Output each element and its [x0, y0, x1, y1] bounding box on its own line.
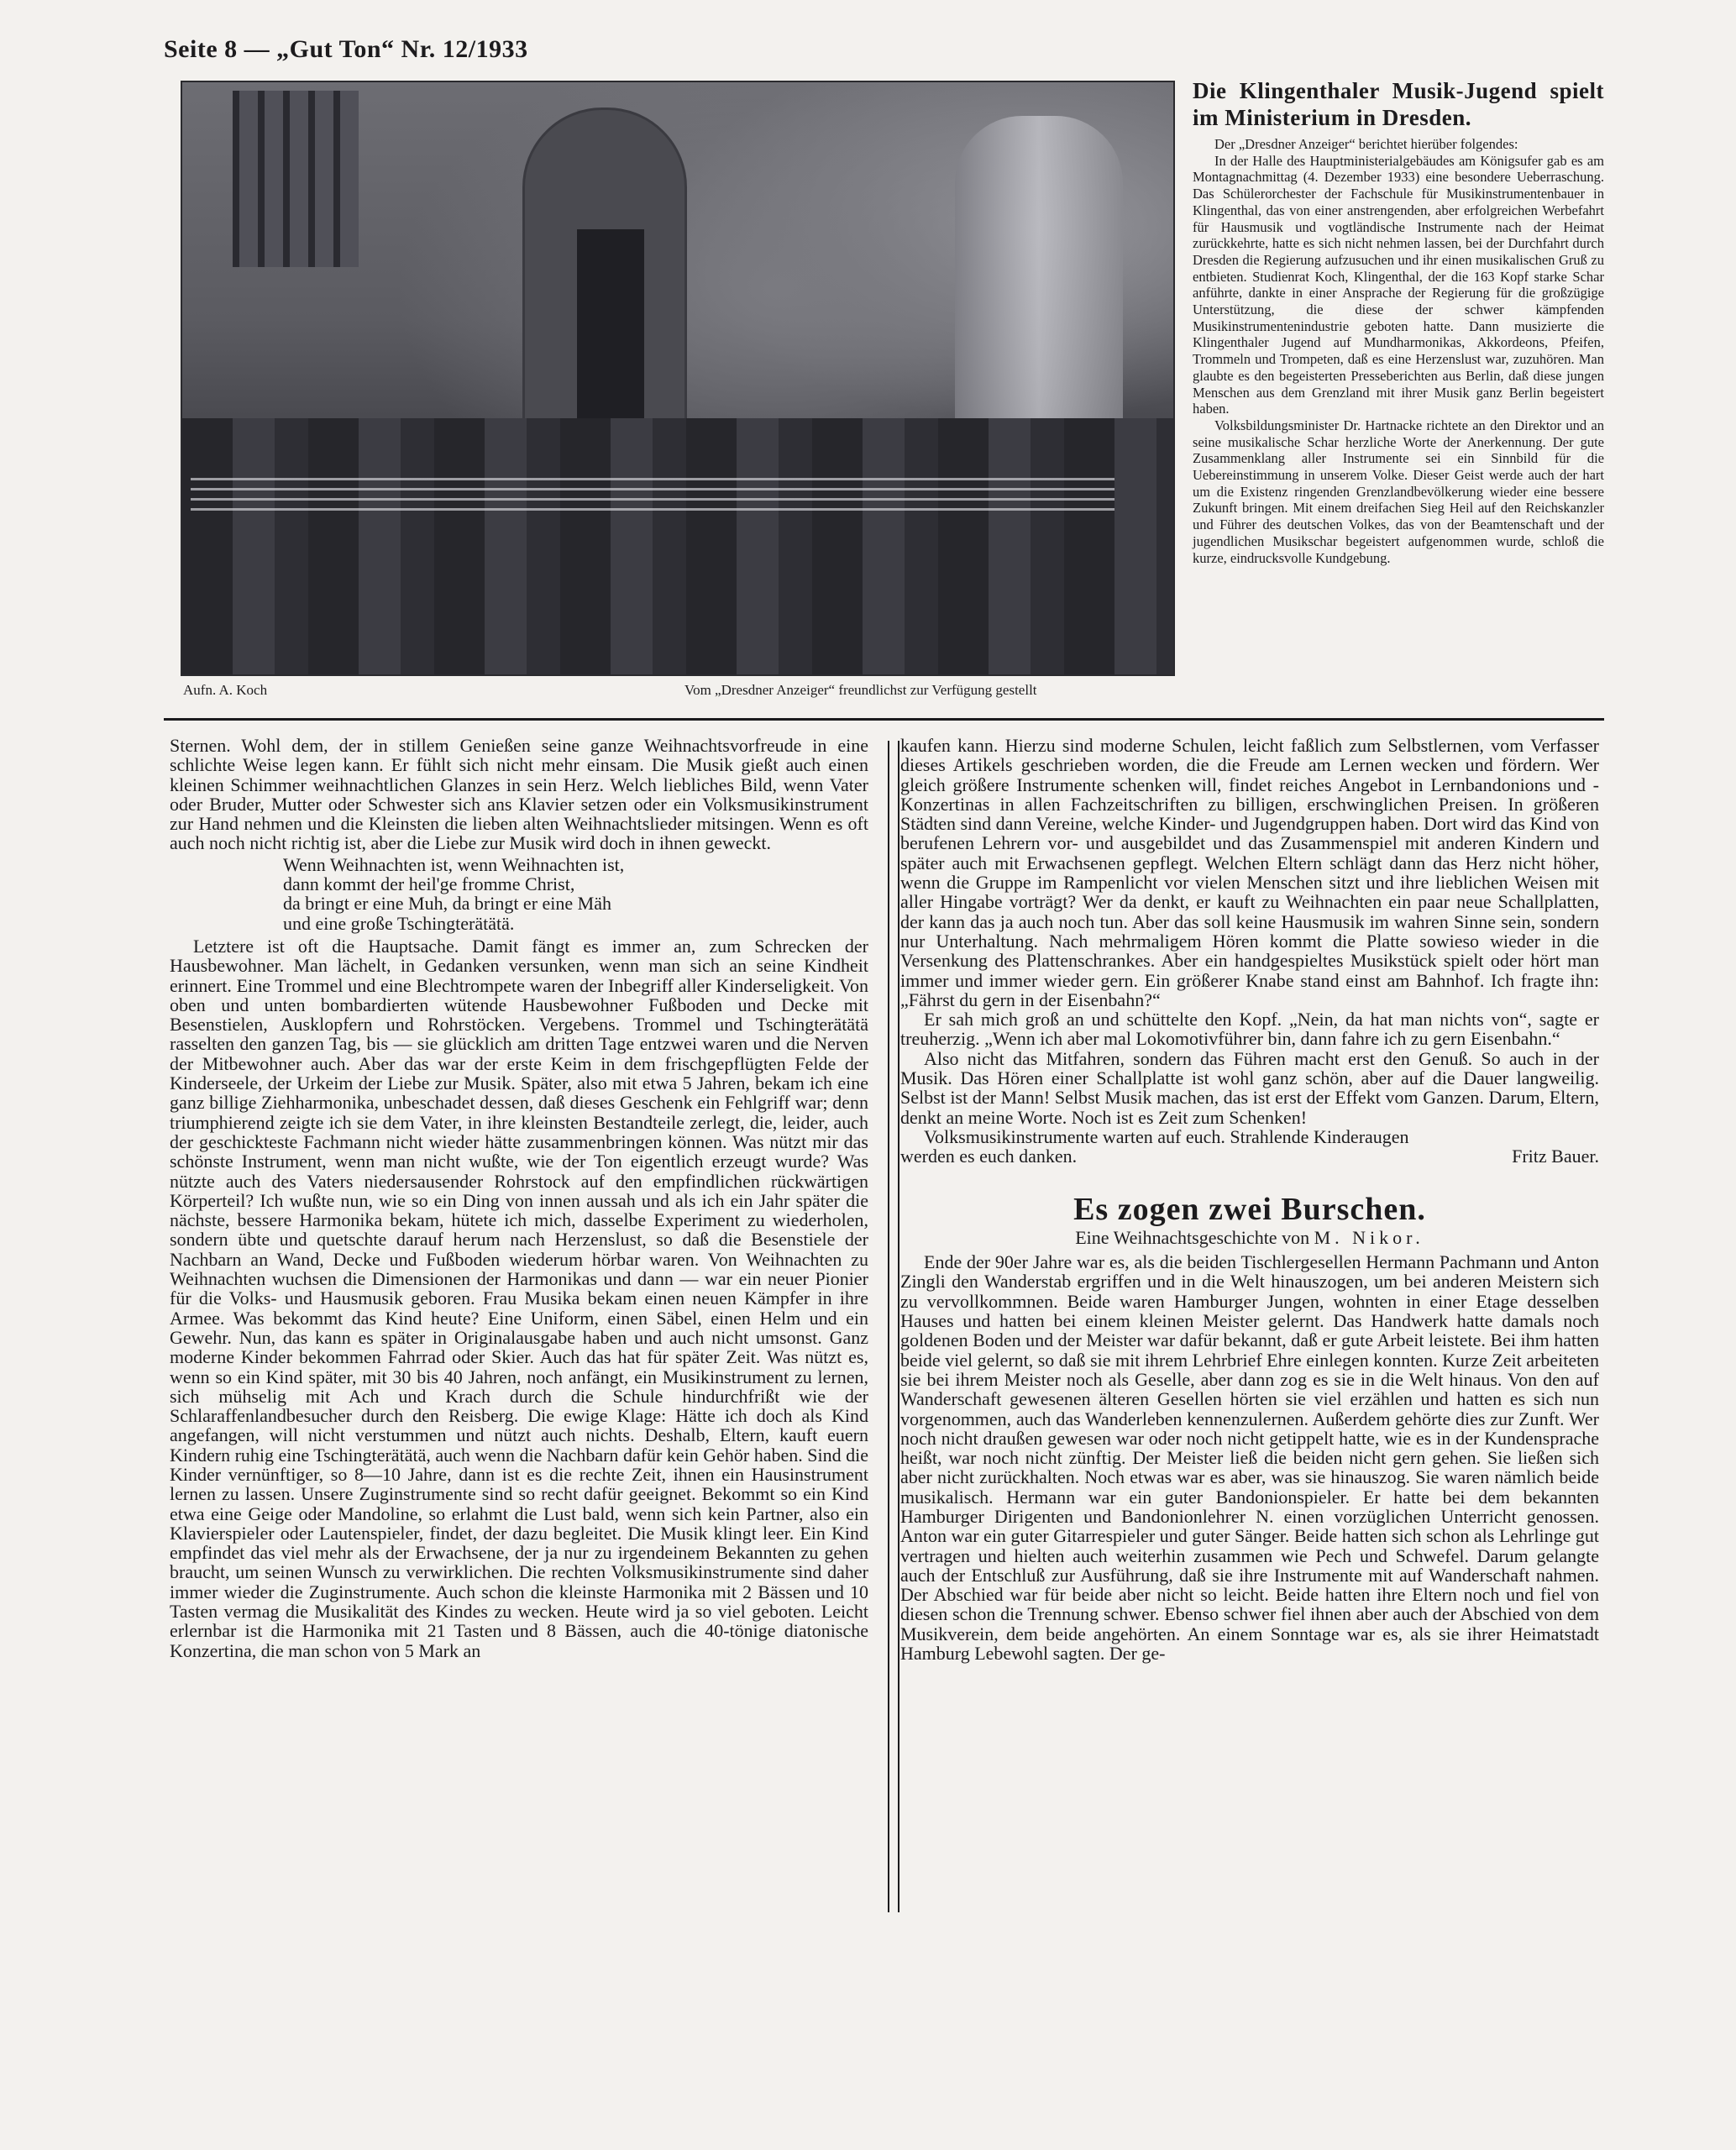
closing-text: werden es euch danken.	[900, 1146, 1077, 1166]
sidebar-paragraph: In der Halle des Hauptministerialgebäude…	[1193, 153, 1604, 417]
verse-line: und eine große Tschingterätätä.	[283, 914, 868, 933]
photo-musicians-shape	[182, 418, 1173, 674]
photo-trumpets-shape	[191, 477, 1115, 511]
story-subtitle: Eine Weihnachtsgeschichte von M. Nikor.	[900, 1228, 1599, 1247]
photo-credit-source: Vom „Dresdner Anzeiger“ freundlichst zur…	[684, 682, 1037, 699]
article-paragraph: kaufen kann. Hierzu sind moderne Schulen…	[900, 736, 1599, 1009]
sidebar-article: Die Klingenthaler Musik-Jugend spielt im…	[1193, 77, 1604, 566]
story-subtitle-prefix: Eine Weihnachtsgeschichte von	[1075, 1227, 1309, 1248]
article-paragraph: Also nicht das Mitfahren, sondern das Fü…	[900, 1049, 1599, 1127]
author-signature: Fritz Bauer.	[1512, 1146, 1599, 1166]
photo-credit-photographer: Aufn. A. Koch	[183, 682, 267, 699]
verse-block: Wenn Weihnachten ist, wenn Weihnachten i…	[283, 855, 868, 933]
running-head: Seite 8 — „Gut Ton“ Nr. 12/1933	[164, 35, 528, 64]
sidebar-paragraph: Volksbildungsminister Dr. Hartnacke rich…	[1193, 417, 1604, 566]
verse-line: dann kommt der heil'ge fromme Christ,	[283, 874, 868, 894]
story-paragraph: Ende der 90er Jahre war es, als die beid…	[900, 1252, 1599, 1663]
story-title: Es zogen zwei Burschen.	[900, 1200, 1599, 1219]
horizontal-rule	[164, 718, 1604, 721]
main-article-left-column: Sternen. Wohl dem, der in stillem Genieß…	[170, 736, 868, 1660]
main-article-right-column: kaufen kann. Hierzu sind moderne Schulen…	[900, 736, 1599, 1663]
verse-line: Wenn Weihnachten ist, wenn Weihnachten i…	[283, 855, 868, 874]
sidebar-article-title: Die Klingenthaler Musik-Jugend spielt im…	[1193, 77, 1604, 131]
photo-window-shape	[233, 91, 359, 267]
sidebar-article-body: Der „Dresdner Anzeiger“ berichtet hierüb…	[1193, 136, 1604, 566]
article-closing: werden es euch danken. Fritz Bauer.	[900, 1146, 1599, 1166]
orchestra-photo	[181, 81, 1175, 676]
article-paragraph: Volksmusikinstrumente warten auf euch. S…	[900, 1127, 1599, 1146]
sidebar-paragraph: Der „Dresdner Anzeiger“ berichtet hierüb…	[1193, 136, 1604, 153]
newspaper-page: Seite 8 — „Gut Ton“ Nr. 12/1933 Aufn. A.…	[0, 0, 1736, 2150]
story-author: M. Nikor.	[1314, 1227, 1424, 1248]
article-paragraph: Sternen. Wohl dem, der in stillem Genieß…	[170, 736, 868, 853]
article-paragraph: Letztere ist oft die Hauptsache. Damit f…	[170, 936, 868, 1660]
verse-line: da bringt er eine Muh, da bringt er eine…	[283, 894, 868, 913]
article-paragraph: Er sah mich groß an und schüttelte den K…	[900, 1009, 1599, 1049]
column-divider	[888, 741, 899, 1912]
